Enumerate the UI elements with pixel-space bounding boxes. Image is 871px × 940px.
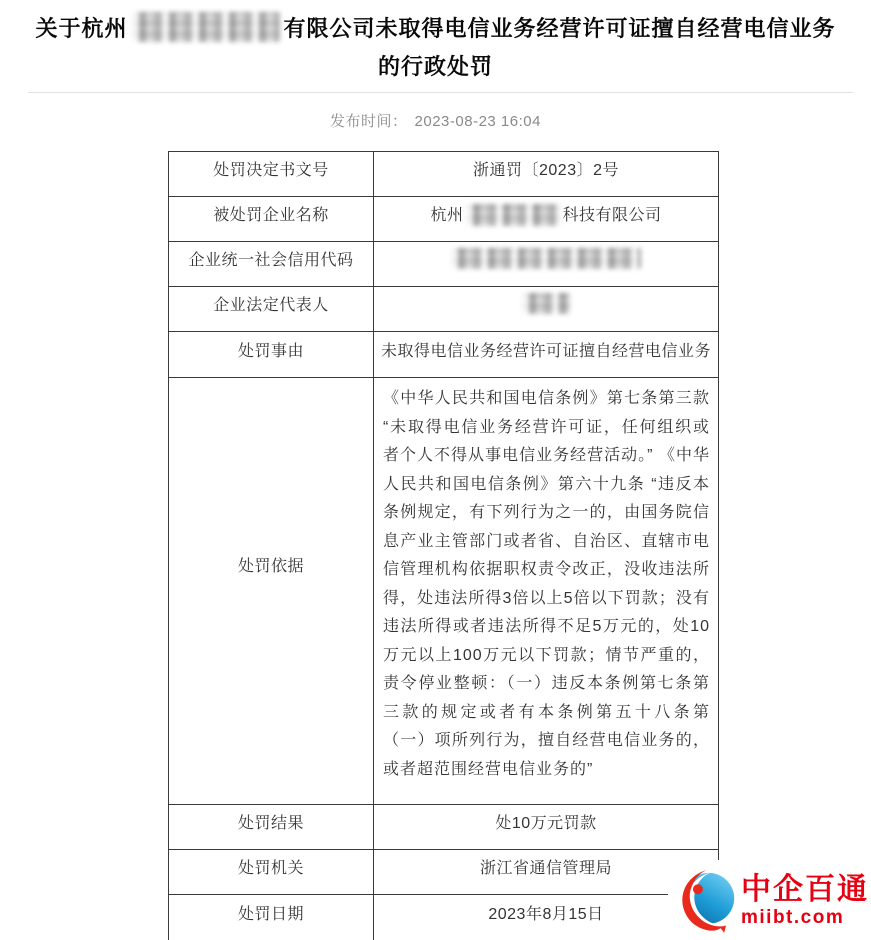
table-row: 处罚决定书文号 浙通罚〔2023〕2号 (169, 152, 719, 197)
company-name-suffix: 科技有限公司 (563, 207, 662, 224)
table-row: 处罚日期 2023年8月15日 (169, 895, 719, 940)
publish-time-value: 2023-08-23 16:04 (415, 113, 541, 130)
table-row: 企业法定代表人 (169, 287, 719, 332)
table-row: 企业统一社会信用代码 (169, 242, 719, 287)
redacted-credit-code (451, 248, 641, 269)
company-name-value: 杭州科技有限公司 (374, 197, 719, 242)
penalty-result-value: 处10万元罚款 (374, 805, 719, 850)
doc-number-label: 处罚决定书文号 (169, 152, 374, 197)
doc-number-value: 浙通罚〔2023〕2号 (374, 152, 719, 197)
page-title-prefix: 关于杭州 (35, 16, 127, 41)
publish-time-label: 发布时间： (330, 113, 408, 130)
penalty-result-label: 处罚结果 (169, 805, 374, 850)
page-title: 关于杭州有限公司未取得电信业务经营许可证擅自经营电信业务的行政处罚 (26, 10, 845, 86)
table-row: 处罚依据 《中华人民共和国电信条例》第七条第三款 “未取得电信业务经营许可证，任… (169, 378, 719, 805)
watermark-domain: miibt.com (741, 908, 869, 927)
redacted-company-name (466, 204, 561, 226)
credit-code-value (374, 242, 719, 287)
redacted-legal-representative (522, 293, 570, 314)
company-name-label: 被处罚企业名称 (169, 197, 374, 242)
penalty-basis-label: 处罚依据 (169, 378, 374, 805)
redacted-company-name-in-title (132, 12, 280, 42)
table-row: 处罚事由 未取得电信业务经营许可证擅自经营电信业务 (169, 332, 719, 378)
globe-swoosh-logo-icon (678, 866, 736, 936)
table-row: 处罚机关 浙江省通信管理局 (169, 850, 719, 895)
company-name-prefix: 杭州 (430, 207, 463, 224)
watermark-text: 中企百通 miibt.com (741, 875, 869, 927)
penalty-authority-label: 处罚机关 (169, 850, 374, 895)
penalty-table: 处罚决定书文号 浙通罚〔2023〕2号 被处罚企业名称 杭州科技有限公司 企业统… (168, 151, 719, 940)
penalty-authority-value: 浙江省通信管理局 (374, 850, 719, 895)
publish-time-line: 发布时间：2023-08-23 16:04 (0, 110, 871, 131)
legal-representative-value (374, 287, 719, 332)
penalty-date-value: 2023年8月15日 (374, 895, 719, 940)
credit-code-label: 企业统一社会信用代码 (169, 242, 374, 287)
header-divider (28, 92, 853, 93)
penalty-basis-value: 《中华人民共和国电信条例》第七条第三款 “未取得电信业务经营许可证，任何组织或者… (374, 378, 719, 805)
site-watermark: 中企百通 miibt.com (668, 860, 871, 940)
penalty-reason-label: 处罚事由 (169, 332, 374, 378)
watermark-brand-name: 中企百通 (741, 875, 869, 905)
page-title-suffix: 有限公司未取得电信业务经营许可证擅自经营电信业务的行政处罚 (284, 16, 836, 79)
legal-representative-label: 企业法定代表人 (169, 287, 374, 332)
penalty-date-label: 处罚日期 (169, 895, 374, 940)
table-row: 处罚结果 处10万元罚款 (169, 805, 719, 850)
penalty-reason-value: 未取得电信业务经营许可证擅自经营电信业务 (374, 332, 719, 378)
table-row: 被处罚企业名称 杭州科技有限公司 (169, 197, 719, 242)
